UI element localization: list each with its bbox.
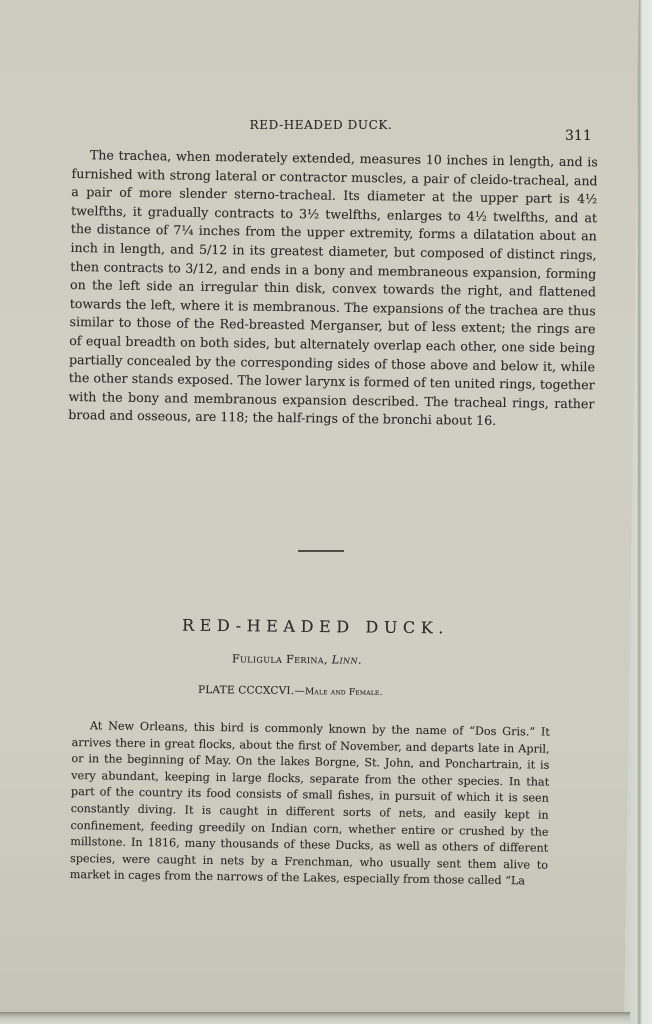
plate-caption: PLATE CCCXCVI.—Male and Female. [198, 684, 383, 698]
species-name: Fuligula Ferina, [232, 652, 328, 666]
plate-subject: Male and Female. [305, 687, 383, 698]
running-head: RED-HEADED DUCK. [0, 118, 652, 132]
latin-name: Fuligula Ferina, Linn. [232, 652, 362, 666]
body-section: At New Orleans, this bird is commonly kn… [70, 718, 550, 891]
page-number: 311 [565, 128, 592, 144]
plate-label: PLATE CCCXCVI.— [198, 684, 305, 697]
running-head-title: RED-HEADED DUCK. [250, 118, 393, 132]
page-bottom-shadow [0, 1012, 630, 1024]
section-title: RED-HEADED DUCK. [182, 616, 449, 638]
trachea-paragraph: The trachea, when moderately extended, m… [68, 146, 598, 432]
species-authority: Linn. [332, 653, 362, 666]
upper-section: The trachea, when moderately extended, m… [68, 146, 598, 432]
section-divider [298, 550, 344, 552]
book-page: RED-HEADED DUCK. 311 The trachea, when m… [0, 0, 640, 1015]
new-orleans-paragraph: At New Orleans, this bird is commonly kn… [70, 718, 550, 891]
